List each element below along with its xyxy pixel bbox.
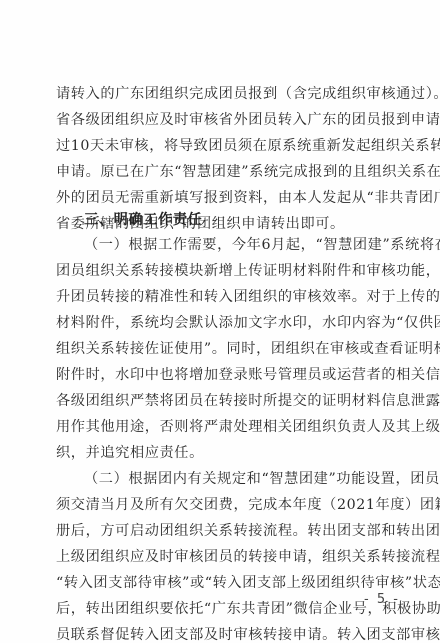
text-line: 团员组织关系转接模块新增上传证明材料附件和审核功能，以提 xyxy=(56,262,394,280)
page-number: - 5 - xyxy=(364,592,400,607)
text-line: 织，并追究相应责任。 xyxy=(56,444,394,462)
text-line: 组织关系转接佐证使用”。同时，团组织在审核或查看证明材料 xyxy=(56,340,394,358)
text-line: 后，转出团组织要依托“广东共青团”微信企业号，积极协助团 xyxy=(56,600,394,618)
text-line: 材料附件，系统均会默认添加文字水印，水印内容为“仅供团员 xyxy=(56,314,394,332)
text-line: 升团员转接的精准性和转入团组织的审核效率。对于上传的证明 xyxy=(56,288,394,306)
text-line: 外的团员无需重新填写报到资料，由本人发起从“非共青团广东 xyxy=(56,189,394,207)
text-line: 过10天未审核，将导致团员须在原系统重新发起组织关系转接 xyxy=(56,137,394,155)
text-line: 请转入的广东团组织完成团员报到（含完成组织审核通过）。全 xyxy=(56,85,394,103)
text-line: 上级团组织应及时审核团员的转接申请，组织关系转接流程进入 xyxy=(56,548,394,566)
text-line: （二）根据团内有关规定和“智慧团建”功能设置，团员必 xyxy=(84,470,394,488)
document-page: 请转入的广东团组织完成团员报到（含完成组织审核通过）。全 省各级团组织应及时审核… xyxy=(0,0,440,643)
text-line: 附件时，水印中也将增加登录账号管理员或运营者的相关信息。 xyxy=(56,366,394,384)
text-line: 用作其他用途，否则将严肃处理相关团组织负责人及其上级团组 xyxy=(56,418,394,436)
text-line: 员联系督促转入团支部及时审核转接申请。转入团支部审核同意 xyxy=(56,626,394,643)
text-line: 各级团组织严禁将团员在转接时所提交的证明材料信息泄露或 xyxy=(56,392,394,410)
section-heading: 三、明确工作责任 xyxy=(84,211,202,229)
text-line: 须交清当月及所有欠交团费，完成本年度（2021年度）团籍注 xyxy=(56,496,394,514)
text-line: （一）根据工作需要，今年6月起，“智慧团建”系统将在 xyxy=(84,236,394,254)
text-line: 申请。原已在广东“智慧团建”系统完成报到的且组织关系在省 xyxy=(56,163,394,181)
text-line: “转入团支部待审核”或“转入团支部上级团组织待审核”状态 xyxy=(56,574,394,592)
text-line: 册后，方可启动团组织关系转接流程。转出团支部和转出团支部 xyxy=(56,522,394,540)
text-line: 省各级团组织应及时审核省外团员转入广东的团员报到申请，超 xyxy=(56,111,394,129)
